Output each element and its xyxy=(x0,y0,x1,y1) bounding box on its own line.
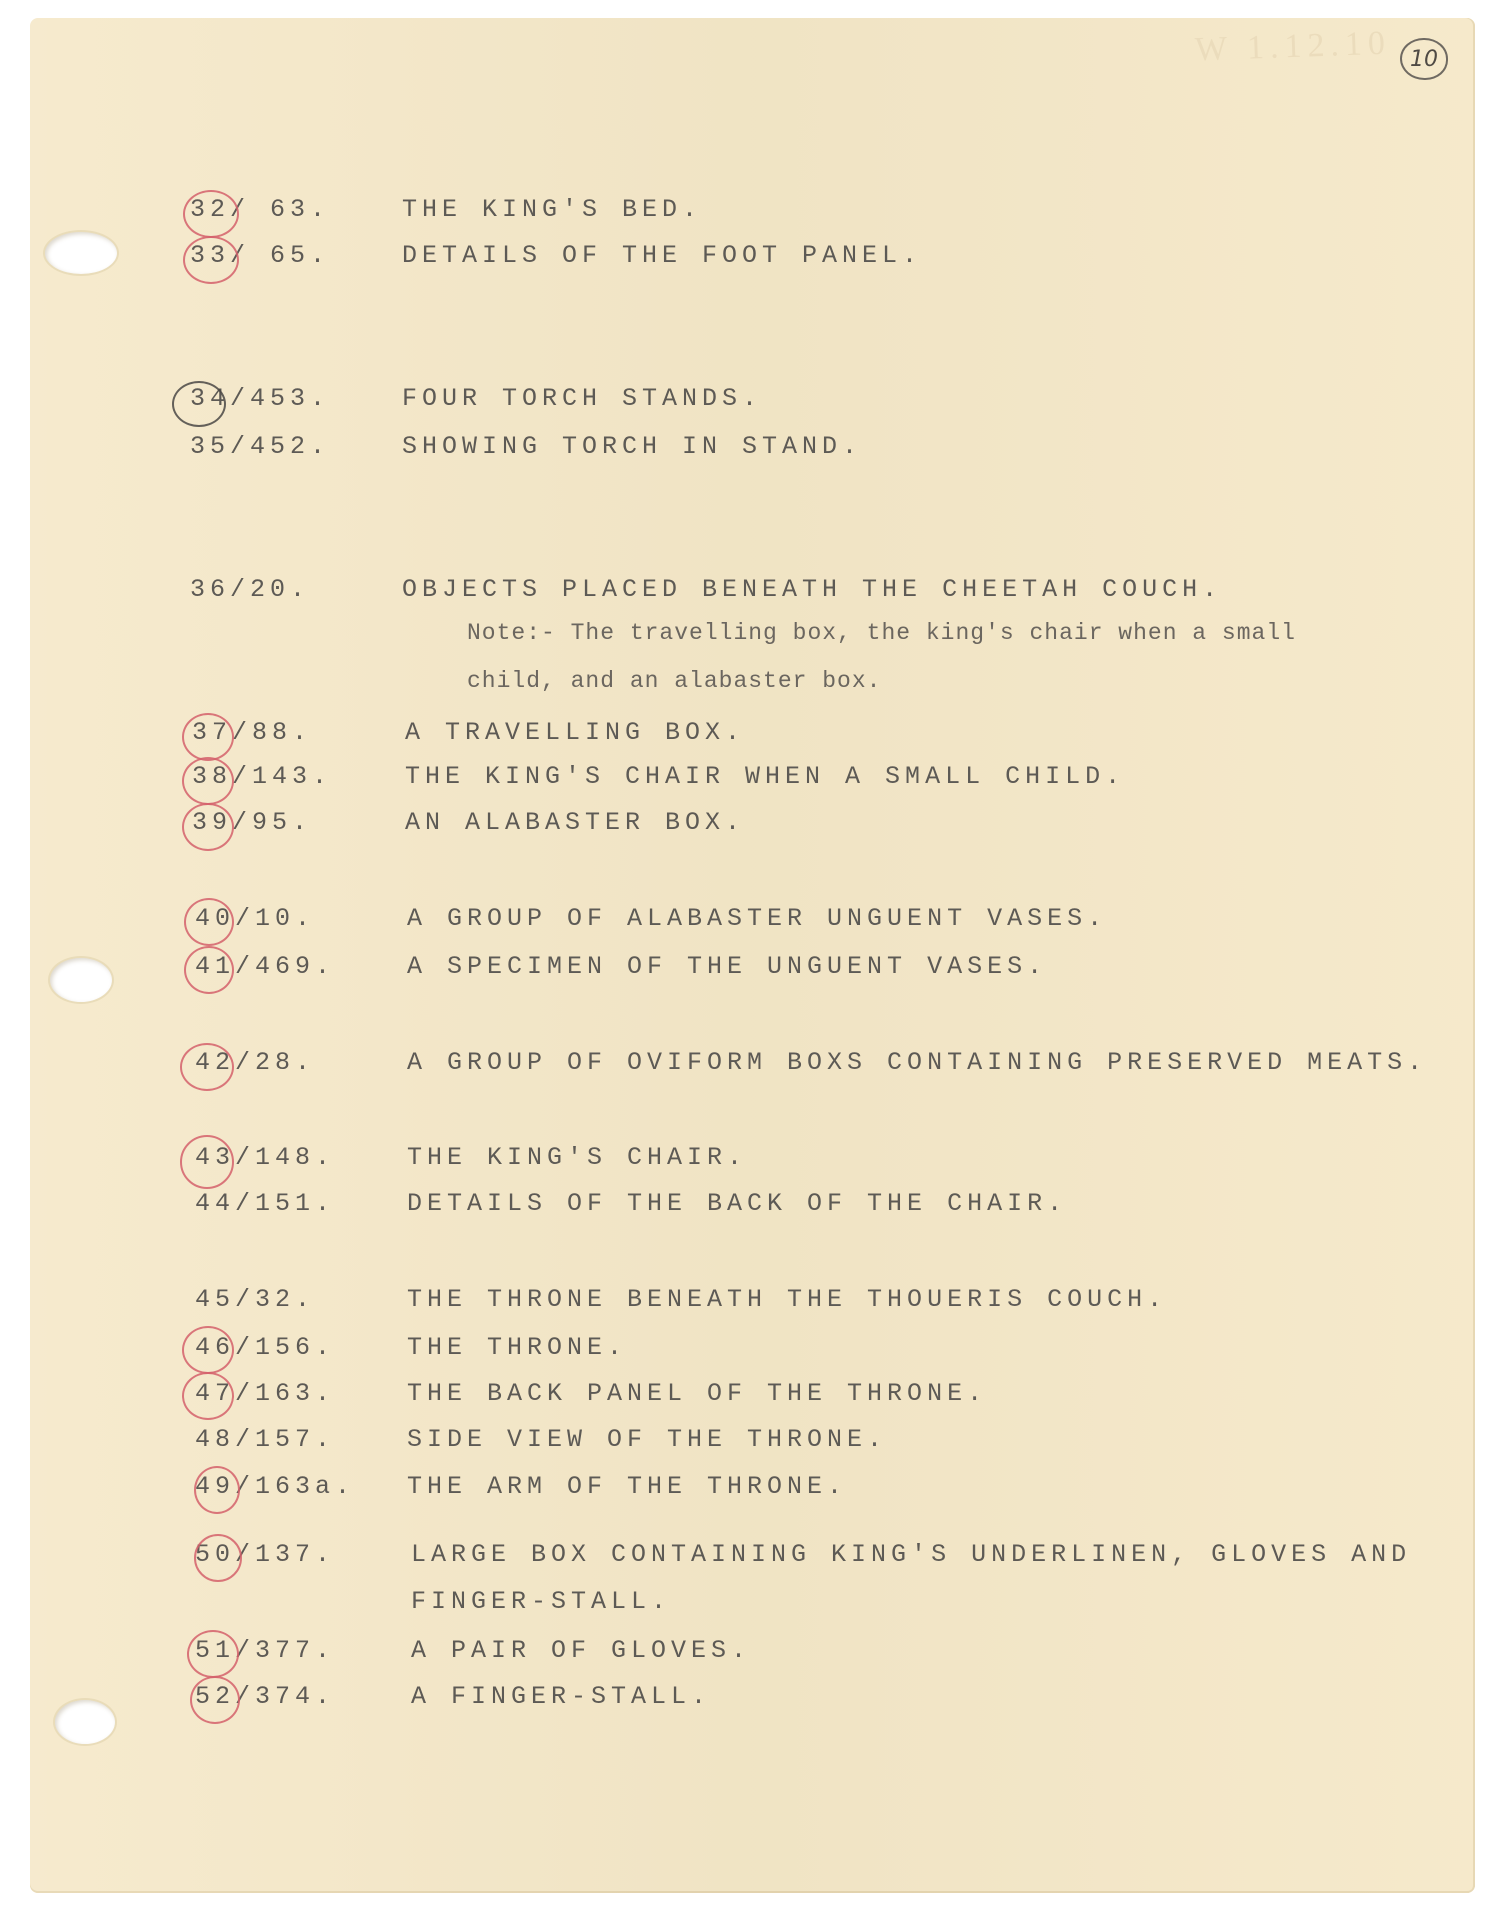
entry-description: A TRAVELLING BOX. xyxy=(405,718,745,747)
red-circle-mark xyxy=(182,757,234,805)
red-circle-mark xyxy=(194,1466,240,1514)
entry-description: DETAILS OF THE BACK OF THE CHAIR. xyxy=(407,1189,1067,1218)
entry-description: LARGE BOX CONTAINING KING'S UNDERLINEN, … xyxy=(411,1540,1411,1569)
entry-description: THE THRONE BENEATH THE THOUERIS COUCH. xyxy=(407,1285,1167,1314)
red-circle-mark xyxy=(180,1043,234,1091)
entry-description: THE KING'S CHAIR WHEN A SMALL CHILD. xyxy=(405,762,1125,791)
red-circle-mark xyxy=(180,1135,234,1189)
entry-note: child, and an alabaster box. xyxy=(467,668,881,694)
punch-hole-middle xyxy=(50,958,112,1002)
red-circle-mark xyxy=(182,713,234,761)
entry-number: 44/151. xyxy=(195,1189,335,1218)
entry-description: OBJECTS PLACED BENEATH THE CHEETAH COUCH… xyxy=(402,575,1222,604)
entry-description: FINGER-STALL. xyxy=(411,1587,671,1616)
entry-description: A SPECIMEN OF THE UNGUENT VASES. xyxy=(407,952,1047,981)
entry-number: 35/452. xyxy=(190,432,330,461)
red-circle-mark xyxy=(187,1630,239,1678)
faint-stamp: W 1.12.10 xyxy=(1194,25,1391,70)
entry-description: THE THRONE. xyxy=(407,1333,627,1362)
punch-hole-top xyxy=(45,232,117,274)
entry-description: DETAILS OF THE FOOT PANEL. xyxy=(402,241,922,270)
punch-hole-bottom xyxy=(55,1700,115,1744)
red-circle-mark xyxy=(184,946,234,994)
entry-number: 45/32. xyxy=(195,1285,315,1314)
red-circle-mark xyxy=(183,236,239,284)
red-circle-mark xyxy=(190,1676,240,1724)
red-circle-mark xyxy=(183,190,239,238)
entry-description: AN ALABASTER BOX. xyxy=(405,808,745,837)
entry-description: THE KING'S BED. xyxy=(402,195,702,224)
entry-description: SIDE VIEW OF THE THRONE. xyxy=(407,1425,887,1454)
entry-description: THE BACK PANEL OF THE THRONE. xyxy=(407,1379,987,1408)
entry-description: SHOWING TORCH IN STAND. xyxy=(402,432,862,461)
red-circle-mark xyxy=(182,803,234,851)
entry-description: A GROUP OF OVIFORM BOXS CONTAINING PRESE… xyxy=(407,1048,1427,1077)
red-circle-mark xyxy=(182,1372,234,1420)
entry-number: 36/20. xyxy=(190,575,310,604)
red-circle-mark xyxy=(194,1534,242,1582)
entry-description: THE KING'S CHAIR. xyxy=(407,1143,747,1172)
entry-description: A PAIR OF GLOVES. xyxy=(411,1636,751,1665)
red-circle-mark xyxy=(182,1326,234,1374)
entry-description: THE ARM OF THE THRONE. xyxy=(407,1472,847,1501)
entry-description: A GROUP OF ALABASTER UNGUENT VASES. xyxy=(407,904,1107,933)
entry-description: A FINGER-STALL. xyxy=(411,1682,711,1711)
page-number-circled: 10 xyxy=(1400,38,1448,80)
entry-number: 48/157. xyxy=(195,1425,335,1454)
black-circle-mark xyxy=(172,381,226,427)
entry-note: Note:- The travelling box, the king's ch… xyxy=(467,620,1296,646)
red-circle-mark xyxy=(184,898,234,946)
entry-description: FOUR TORCH STANDS. xyxy=(402,384,762,413)
